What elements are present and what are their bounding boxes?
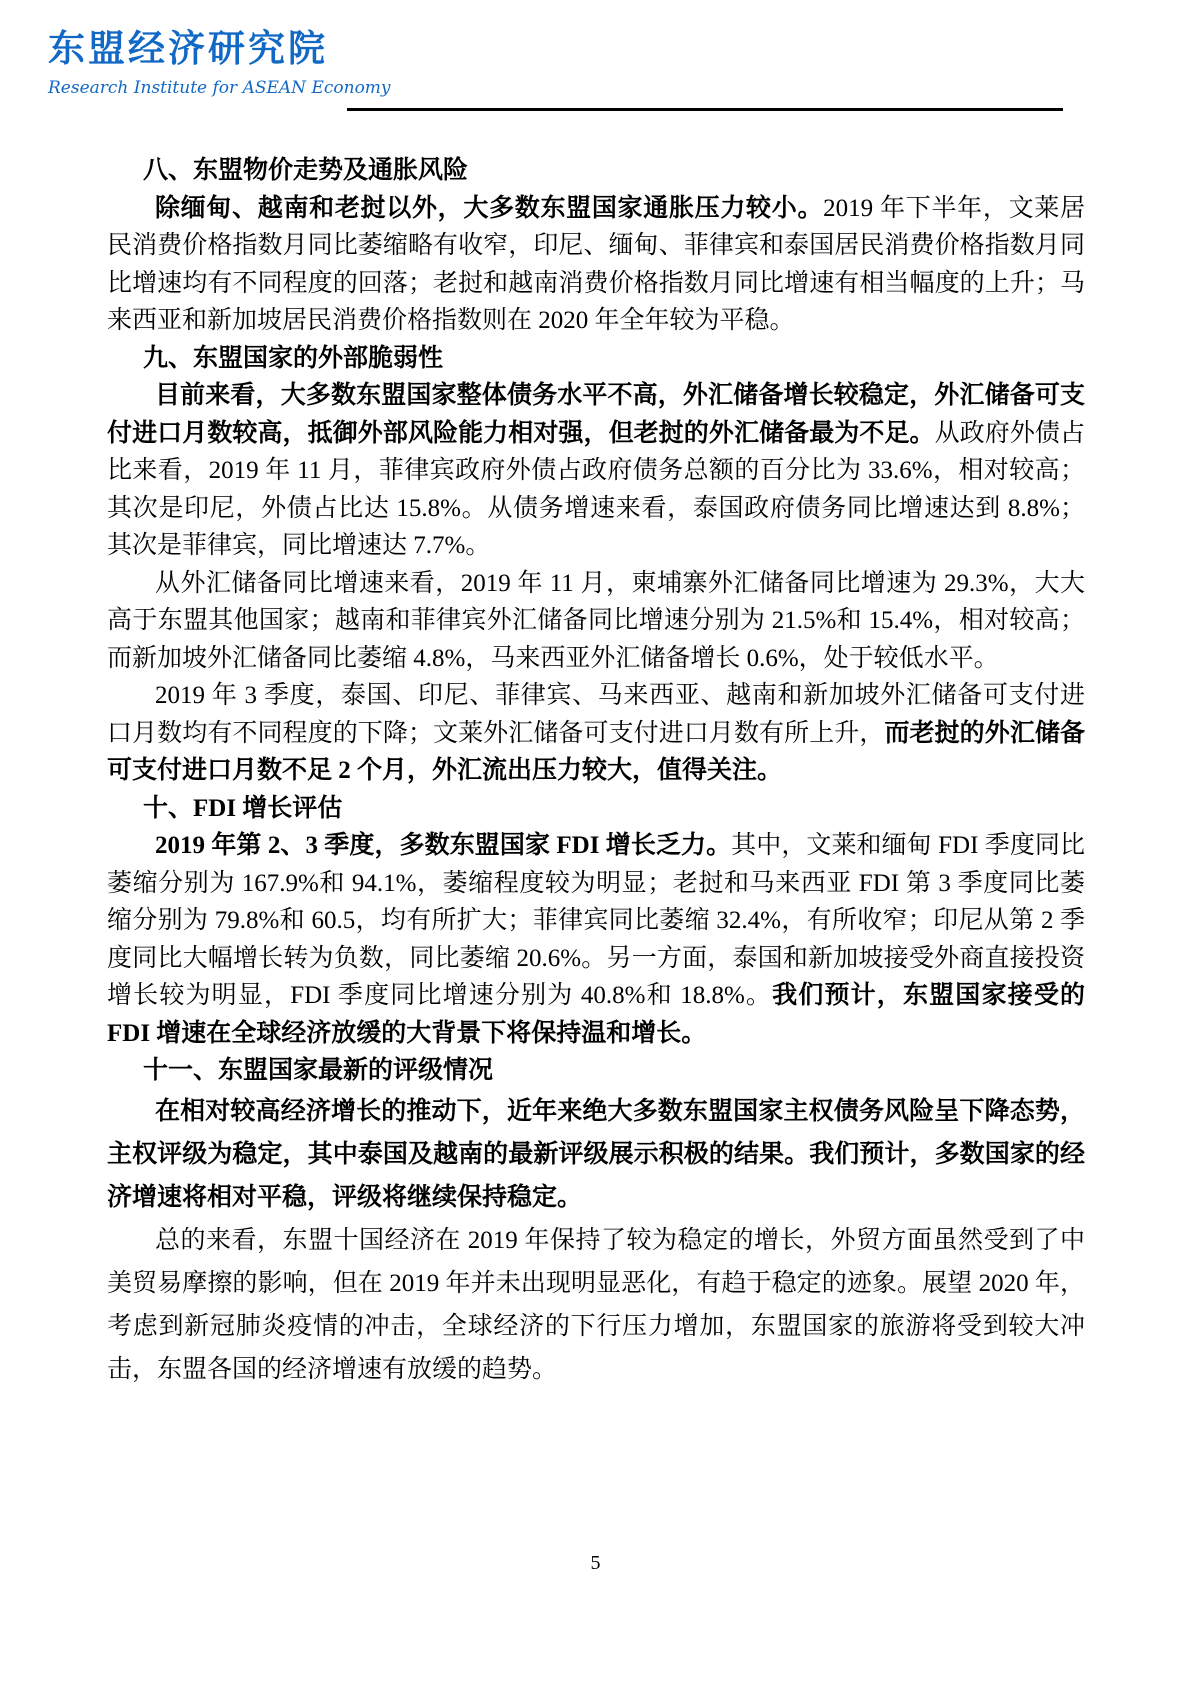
bold-text-run: 除缅甸、越南和老挝以外，大多数东盟国家通胀压力较小。 [155, 195, 823, 222]
body-paragraph: 目前来看，大多数东盟国家整体债务水平不高，外汇储备增长较稳定，外汇储备可支付进口… [107, 377, 1085, 565]
body-paragraph: 在相对较高经济增长的推动下，近年来绝大多数东盟国家主权债务风险呈下降态势，主权评… [107, 1090, 1085, 1219]
section-heading: 十、FDI 增长评估 [107, 790, 1085, 828]
institute-logo-chinese: 东盟经济研究院 [48, 30, 391, 71]
page-number: 5 [0, 1552, 1191, 1575]
bold-text-run: 十一、东盟国家最新的评级情况 [143, 1057, 493, 1084]
bold-text-run: 十、FDI 增长评估 [143, 795, 342, 822]
institute-logo-english: Research Institute for ASEAN Economy [48, 78, 391, 98]
section-heading: 十一、东盟国家最新的评级情况 [107, 1052, 1085, 1090]
bold-text-run: 八、东盟物价走势及通胀风险 [143, 157, 468, 184]
text-run: 总的来看，东盟十国经济在 2019 年保持了较为稳定的增长，外贸方面虽然受到了中… [107, 1227, 1085, 1383]
bold-text-run: 在相对较高经济增长的推动下，近年来绝大多数东盟国家主权债务风险呈下降态势，主权评… [107, 1098, 1085, 1211]
section-heading: 八、东盟物价走势及通胀风险 [107, 152, 1085, 190]
section-heading: 九、东盟国家的外部脆弱性 [107, 340, 1085, 378]
body-paragraph: 2019 年第 2、3 季度，多数东盟国家 FDI 增长乏力。其中，文莱和缅甸 … [107, 827, 1085, 1052]
document-page: 东盟经济研究院 Research Institute for ASEAN Eco… [0, 0, 1191, 1684]
body-paragraph: 除缅甸、越南和老挝以外，大多数东盟国家通胀压力较小。2019 年下半年，文莱居民… [107, 190, 1085, 340]
bold-text-run: 2019 年第 2、3 季度，多数东盟国家 FDI 增长乏力。 [155, 832, 731, 859]
header-divider-rule [347, 108, 1063, 111]
body-paragraph: 2019 年 3 季度，泰国、印尼、菲律宾、马来西亚、越南和新加坡外汇储备可支付… [107, 677, 1085, 790]
bold-text-run: 九、东盟国家的外部脆弱性 [143, 345, 443, 372]
body-paragraph: 从外汇储备同比增速来看，2019 年 11 月，柬埔寨外汇储备同比增速为 29.… [107, 565, 1085, 678]
text-run: 从外汇储备同比增速来看，2019 年 11 月，柬埔寨外汇储备同比增速为 29.… [107, 570, 1085, 672]
body-paragraph: 总的来看，东盟十国经济在 2019 年保持了较为稳定的增长，外贸方面虽然受到了中… [107, 1219, 1085, 1391]
document-body: 八、东盟物价走势及通胀风险除缅甸、越南和老挝以外，大多数东盟国家通胀压力较小。2… [107, 152, 1085, 1391]
institute-logo: 东盟经济研究院 Research Institute for ASEAN Eco… [48, 30, 391, 98]
